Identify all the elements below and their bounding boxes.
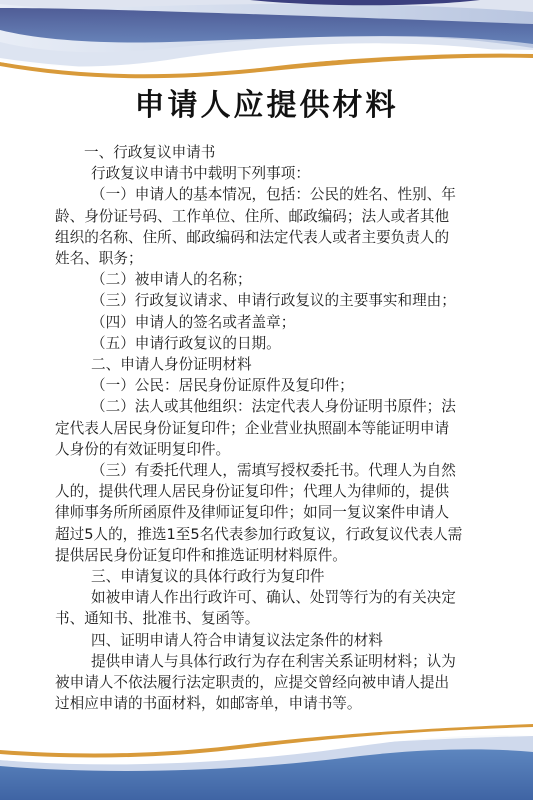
paragraph-line: 定代表人居民身份证复印件；企业营业执照副本等能证明申请 — [55, 418, 491, 439]
paragraph-line: （三）行政复议请求、申请行政复议的主要事实和理由； — [55, 290, 491, 311]
paragraph-line: 超过5人的，推选1至5名代表参加行政复议，行政复议代表人需 — [55, 524, 491, 545]
section-heading-3: 三、申请复议的具体行政行为复印件 — [55, 566, 491, 587]
paragraph-line: （一）公民：居民身份证原件及复印件； — [55, 375, 491, 396]
paragraph-line: 如被申请人作出行政许可、确认、处罚等行为的有关决定 — [55, 587, 491, 608]
paragraph-line: （五）申请行政复议的日期。 — [55, 333, 491, 354]
paragraph-line: （四）申请人的签名或者盖章； — [55, 312, 491, 333]
paragraph-line: 组织的名称、住所、邮政编码和法定代表人或者主要负责人的 — [55, 227, 491, 248]
paragraph-line: 龄、身份证号码、工作单位、住所、邮政编码；法人或者其他 — [55, 206, 491, 227]
section-heading-2: 二、申请人身份证明材料 — [55, 354, 491, 375]
paragraph-line: 过相应申请的书面材料，如邮寄单，申请书等。 — [55, 693, 491, 714]
section-heading-4: 四、证明申请人符合申请复议法定条件的材料 — [55, 630, 491, 651]
paragraph-line: 律师事务所所函原件及律师证复印件；如同一复议案件申请人 — [55, 502, 491, 523]
paragraph-line: （二）法人或其他组织：法定代表人身份证明书原件；法 — [55, 396, 491, 417]
paragraph-line: 行政复议申请书中载明下列事项： — [55, 163, 491, 184]
paragraph-line: （三）有委托代理人，需填写授权委托书。代理人为自然 — [55, 460, 491, 481]
paragraph-line: 人的，提供代理人居民身份证复印件；代理人为律师的，提供 — [55, 481, 491, 502]
paragraph-line: 被申请人不依法履行法定职责的，应提交曾经向被申请人提出 — [55, 672, 491, 693]
bottom-wave-decoration — [0, 720, 533, 800]
section-heading-1: 一、行政复议申请书 — [55, 142, 491, 163]
paragraph-line: 人身份的有效证明复印件。 — [55, 439, 491, 460]
page-title: 申请人应提供材料 — [0, 86, 533, 126]
paragraph-line: （一）申请人的基本情况，包括：公民的姓名、性别、年 — [55, 184, 491, 205]
paragraph-line: 书、通知书、批准书、复函等。 — [55, 608, 491, 629]
paragraph-line: 姓名、职务； — [55, 248, 491, 269]
paragraph-line: 提供申请人与具体行政行为存在利害关系证明材料；认为 — [55, 651, 491, 672]
paragraph-line: 提供居民身份证复印件和推选证明材料原件。 — [55, 545, 491, 566]
paragraph-line: （二）被申请人的名称； — [55, 269, 491, 290]
materials-content: 一、行政复议申请书 行政复议申请书中载明下列事项： （一）申请人的基本情况，包括… — [55, 142, 491, 714]
top-wave-decoration — [0, 0, 533, 80]
